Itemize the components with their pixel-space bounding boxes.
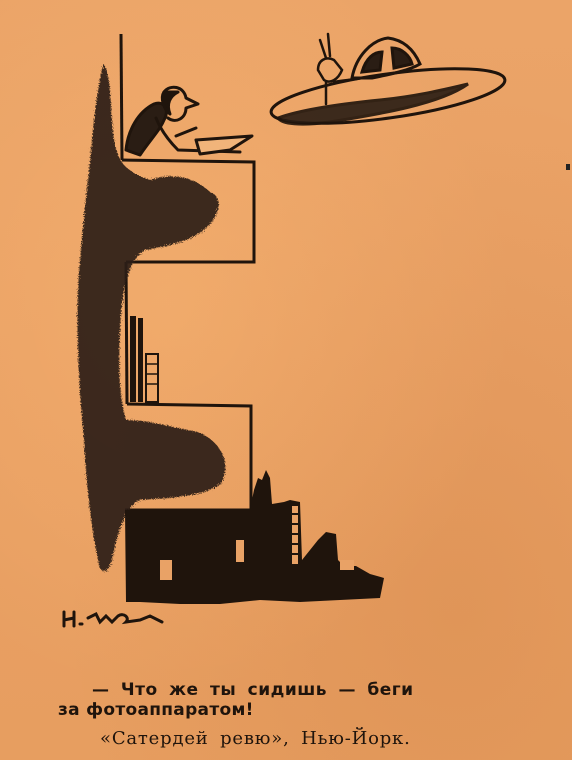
flying-saucer-icon: [268, 38, 508, 134]
newspaper-page: — Что же ты сидишь — беги за фотоаппарат…: [0, 0, 572, 760]
caption-line-1: — Что же ты сидишь — беги: [92, 680, 414, 700]
artist-signature: [64, 612, 162, 626]
books-icon: [130, 316, 158, 402]
caption-line-2: за фотоаппаратом!: [58, 700, 254, 720]
edge-mark: [566, 164, 570, 170]
cartoon-illustration: [0, 0, 572, 680]
source-credit: «Сатердей ревю», Нью-Йорк.: [100, 728, 411, 749]
man-reading-icon: [126, 87, 252, 155]
